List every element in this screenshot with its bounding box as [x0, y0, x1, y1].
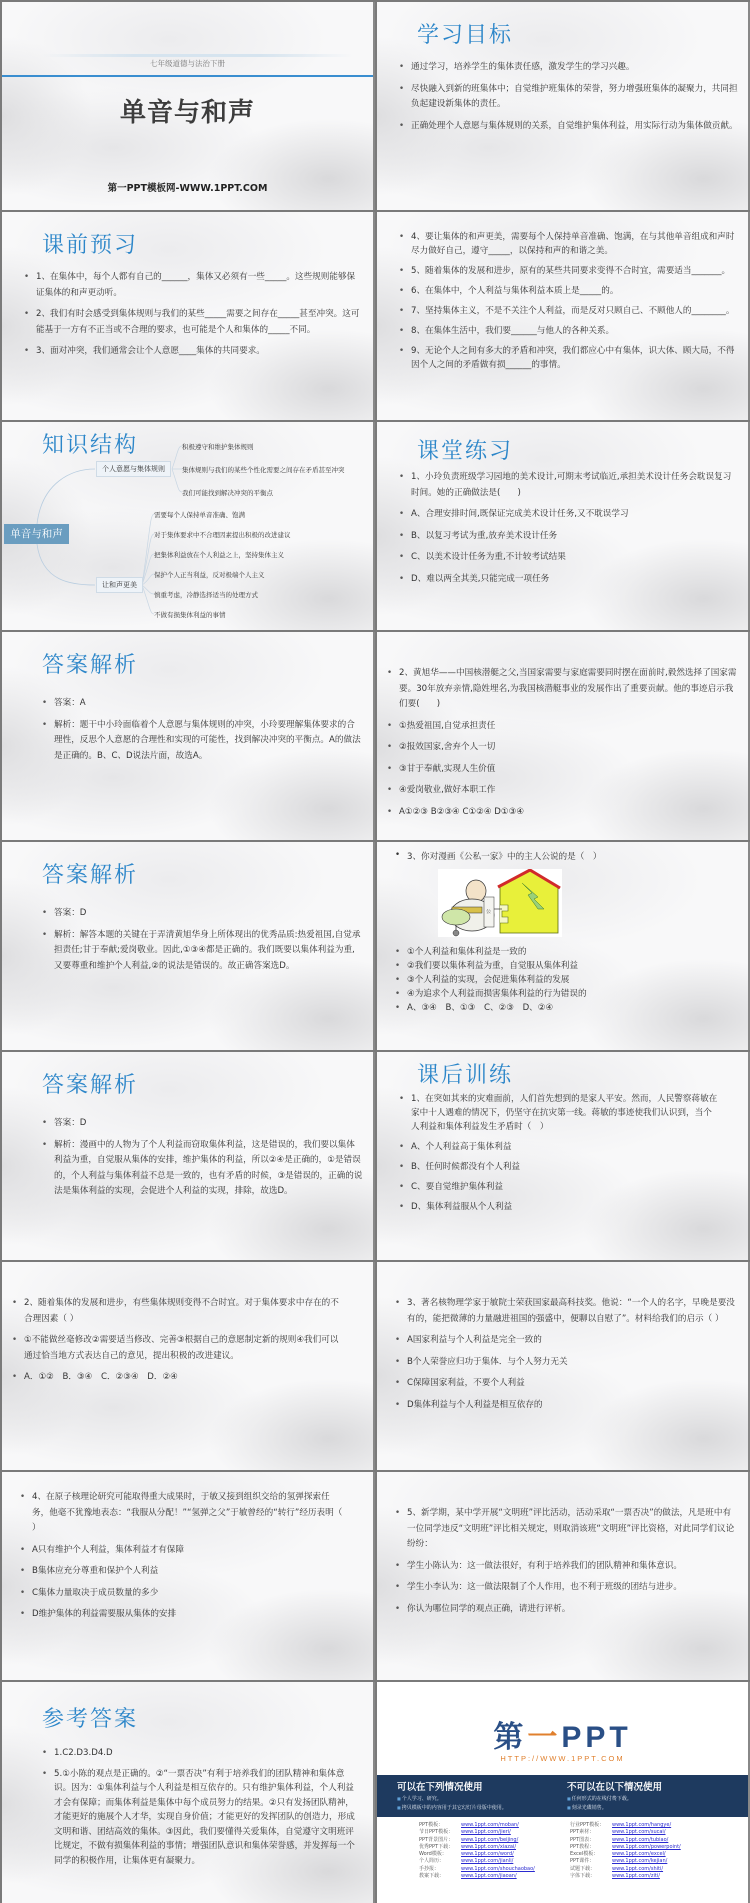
slide-learning-goals[interactable]: 学习目标 通过学习，培养学生的集体责任感，激发学生的学习兴趣。 尽快融入到新的班… [377, 2, 750, 210]
analysis-text: 解析：解答本题的关键在于弄清黄旭华身上所体现出的优秀品质:热爱祖国,自觉承担责任… [42, 928, 363, 975]
slide-answer-analysis-3[interactable]: 答案解析 答案：D 解析：漫画中的人物为了个人利益而窃取集体利益，这是错误的，我… [2, 1052, 375, 1260]
link-tubiao[interactable]: www.1ppt.com/tubiao/ [612, 1837, 668, 1844]
slide-homework-q3[interactable]: 3、著名核物理学家于敏院士荣获国家最高科技奖。他说：“一个人的名字，早晚是要没有… [377, 1262, 750, 1470]
mindmap-leaf: 需要每个人保持单音准确、饱满 [154, 510, 245, 519]
prompt-item: 你认为哪位同学的观点正确，请进行评析。 [395, 1602, 738, 1618]
logo-text: 第 [493, 1721, 527, 1754]
answer-option[interactable]: C保障国家利益，不要个人利益 [395, 1376, 738, 1392]
bullet-list: 1.C2.D3.D4.D 5.①小陈的观点是正确的。②“一票否决”有利于培养我们… [42, 1746, 359, 1874]
slide-question-3-cartoon[interactable]: •3、你对漫画《公私一家》中的主人公说的是（ ） 公 ①个人利益和集体利益是一致… [377, 842, 750, 1050]
slide-homework-q4[interactable]: 4、在原子核理论研究可能取得重大成果时，于敏又接到组织交给的氢弹探索任务，他毫不… [2, 1472, 375, 1680]
statement-option: ①个人利益和集体利益是一致的 [395, 945, 738, 959]
statement-item: 学生小李认为：这一做法限制了个人作用，也不利于班级的团结与进步。 [395, 1580, 738, 1596]
bullet-list: 4、要让集体的和声更美，需要每个人保持单音准确、饱满，在与其他单音组成和声时尽力… [399, 230, 738, 378]
link-label: 试题下载： [570, 1866, 612, 1873]
link-shiti[interactable]: www.1ppt.com/shiti/ [612, 1866, 663, 1873]
can-use-item: 个人学习、研究。 [397, 1795, 507, 1802]
link-jieri[interactable]: www.1ppt.com/jieri/ [461, 1829, 511, 1836]
statement-option: ①不能做丝毫修改②需要适当修改、完善③根据自己的意愿制定新的规则④我们可以通过恰… [12, 1333, 343, 1364]
answer-option[interactable]: B个人荣誉应归功于集体．与个人努力无关 [395, 1355, 738, 1371]
mindmap-leaf: 慎重考虑，冷静选择适当的处理方式 [154, 590, 258, 599]
slide-title: 课后训练 [417, 1058, 513, 1089]
bullet-list: 答案：D 解析：漫画中的人物为了个人利益而窃取集体利益，这是错误的，我们要以集体… [42, 1116, 363, 1206]
statement-option: ①热爱祖国,自觉承担责任 [387, 719, 738, 735]
link-beijing[interactable]: www.1ppt.com/beijing/ [461, 1837, 518, 1844]
slide-title: 答案解析 [42, 648, 138, 679]
bullet-item: 通过学习，培养学生的集体责任感，激发学生的学习兴趣。 [399, 60, 738, 76]
answer-option[interactable]: A国家利益与个人利益是完全一致的 [395, 1333, 738, 1349]
analysis-text: 解析：题干中小玲面临着个人意愿与集体规则的冲突，小玲要理解集体要求的合理性，反思… [42, 718, 363, 765]
answer-key: 1.C2.D3.D4.D [42, 1746, 359, 1761]
mindmap-branch: 个人意愿与集体规则 [96, 461, 171, 477]
bullet-list: 1、在集体中，每个人都有自己的______，集体又必须有一些_____。这些规则… [24, 270, 363, 366]
bullet-list: 通过学习，培养学生的集体责任感，激发学生的学习兴趣。 尽快融入到新的班集体中；自… [399, 60, 738, 140]
statement-option: ④为追求个人利益而损害集体利益的行为错误的 [395, 987, 738, 1001]
links-right: 行业PPT模板：www.1ppt.com/hangye/ PPT素材：www.1… [570, 1822, 681, 1880]
answer-choices[interactable]: A、③④ B、①③ C、②③ D、②④ [395, 1001, 738, 1015]
1ppt-logo: 第一PPT [377, 1712, 748, 1756]
bullet-list: 5、新学期，某中学开展“文明班”评比活动，活动采取“一票否决”的做法，凡是班中有… [395, 1506, 738, 1623]
mindmap-root: 单音与和声 [4, 524, 69, 544]
site-url[interactable]: HTTP://WWW.1PPT.COM [377, 1754, 748, 1763]
cannot-use-title: 不可以在以下情况使用 [567, 1779, 662, 1793]
answer-option[interactable]: D维护集体的利益需要服从集体的安排 [20, 1607, 343, 1623]
link-powerpoint[interactable]: www.1ppt.com/powerpoint/ [612, 1844, 681, 1851]
answer-choices[interactable]: A①②③ B②③④ C①②④ D①③④ [387, 805, 738, 821]
statement-item: 学生小陈认为：这一做法很好，有利于培养我们的团队精神和集体意识。 [395, 1559, 738, 1575]
slide-answer-analysis-1[interactable]: 答案解析 答案：A 解析：题干中小玲面临着个人意愿与集体规则的冲突，小玲要理解集… [2, 632, 375, 840]
statement-option: ②报效国家,舍弃个人一切 [387, 740, 738, 756]
bullet-item: 5、随着集体的发展和进步，原有的某些共同要求变得不合时宜，需要适当_______… [399, 264, 738, 278]
bullet-list: 答案：A 解析：题干中小玲面临着个人意愿与集体规则的冲突，小玲要理解集体要求的合… [42, 696, 363, 770]
statement-option: ②我们要以集体利益为重，自觉服从集体利益 [395, 959, 738, 973]
bullet-list: 2、黄旭华——中国核潜艇之父,当国家需要与家庭需要同时摆在面前时,毅然选择了国家… [387, 666, 738, 826]
question-text: 2、随着集体的发展和进步，有些集体规则变得不合时宜。对于集体要求中存在的不合理因… [12, 1296, 343, 1327]
cover-subtitle: 七年级道德与法治下册 [2, 58, 373, 69]
answer-option[interactable]: B集体应充分尊重和保护个人利益 [20, 1564, 343, 1580]
slide-question-2[interactable]: 2、黄旭华——中国核潜艇之父,当国家需要与家庭需要同时摆在面前时,毅然选择了国家… [377, 632, 750, 840]
bullet-list: 2、随着集体的发展和进步，有些集体规则变得不合时宜。对于集体要求中存在的不合理因… [12, 1296, 343, 1392]
link-label: 节日PPT模板： [419, 1829, 461, 1836]
question-text: •3、你对漫画《公私一家》中的主人公说的是（ ） [395, 850, 602, 862]
answer-option[interactable]: A、合理安排时间,既保证完成美术设计任务,又不耽误学习 [399, 507, 738, 523]
question-text: 1、小玲负责班级学习园地的美术设计,可期末考试临近,承担美术设计任务会耽误复习时… [399, 470, 738, 501]
link-ziti[interactable]: www.1ppt.com/ziti/ [612, 1873, 660, 1880]
link-label: 手抄报： [419, 1866, 461, 1873]
cover-divider [2, 75, 373, 77]
can-use-section: 可以在下列情况使用 个人学习、研究。 拷贝模板中的内容用于其它幻灯片母版中使用。 [397, 1779, 507, 1811]
question-text: 3、著名核物理学家于敏院士荣获国家最高科技奖。他说：“一个人的名字，早晚是要没有… [395, 1296, 738, 1327]
link-word[interactable]: www.1ppt.com/word/ [461, 1851, 514, 1858]
link-label: 个人简历： [419, 1858, 461, 1865]
slide-knowledge-structure[interactable]: 知识结构 单音与和声 个人意愿与集体规则 让和声更美 积极遵守和维护集体规则 集… [2, 422, 375, 630]
bullet-item: 尽快融入到新的班集体中；自觉维护班集体的荣誉，努力增强班集体的凝聚力，共同担负起… [399, 82, 738, 113]
slide-class-exercise[interactable]: 课堂练习 1、小玲负责班级学习园地的美术设计,可期末考试临近,承担美术设计任务会… [377, 422, 750, 630]
slide-answer-analysis-2[interactable]: 答案解析 答案：D 解析：解答本题的关键在于弄清黄旭华身上所体现出的优秀品质:热… [2, 842, 375, 1050]
answer-option[interactable]: B、以复习考试为重,放弃美术设计任务 [399, 529, 738, 545]
can-use-item: 拷贝模板中的内容用于其它幻灯片母版中使用。 [397, 1804, 507, 1811]
bullet-list: 1、在突如其来的灾难面前，人们首先想到的是家人平安。然而，人民警察蒋敏在家中十人… [399, 1092, 718, 1220]
link-jiaoan[interactable]: www.1ppt.com/jiaoan/ [461, 1873, 517, 1880]
cannot-use-item: 刻录光碟销售。 [567, 1804, 662, 1811]
logo-dash: 一 [527, 1721, 561, 1754]
bullet-item: 8、在集体生活中，我们要______与他人的各种关系。 [399, 324, 738, 338]
bullet-list: 答案：D 解析：解答本题的关键在于弄清黄旭华身上所体现出的优秀品质:热爱祖国,自… [42, 906, 363, 980]
cannot-use-section: 不可以在以下情况使用 任何形式的在线付费下载。 刻录光碟销售。 [567, 1779, 662, 1811]
link-hangye[interactable]: www.1ppt.com/hangye/ [612, 1822, 671, 1829]
usage-terms-band: 可以在下列情况使用 个人学习、研究。 拷贝模板中的内容用于其它幻灯片母版中使用。… [377, 1775, 748, 1817]
slide-1ppt-credits[interactable]: 第一PPT HTTP://WWW.1PPT.COM 可以在下列情况使用 个人学习… [377, 1682, 750, 1903]
link-label: 字体下载： [570, 1873, 612, 1880]
cover-title: 单音与和声 [2, 92, 373, 129]
question-text: 5、新学期，某中学开展“文明班”评比活动，活动采取“一票否决”的做法，凡是班中有… [395, 1506, 738, 1553]
logo-text: PPT [561, 1721, 631, 1754]
cartoon-label: 公 [486, 909, 491, 915]
bullet-list: 1、小玲负责班级学习园地的美术设计,可期末考试临近,承担美术设计任务会耽误复习时… [399, 470, 738, 593]
mindmap-leaf: 对于集体要求中不合理因素提出积极的改进建议 [154, 530, 291, 539]
slide-preview-continued[interactable]: 4、要让集体的和声更美，需要每个人保持单音准确、饱满，在与其他单音组成和声时尽力… [377, 212, 750, 420]
answer-option[interactable]: D、难以两全其美,只能完成一项任务 [399, 572, 738, 588]
statement-option: ③个人利益的实现，会促进集体利益的发展 [395, 973, 738, 987]
slide-title: 课前预习 [42, 228, 138, 259]
slide-title: 答案解析 [42, 1068, 138, 1099]
question-text: 2、黄旭华——中国核潜艇之父,当国家需要与家庭需要同时摆在面前时,毅然选择了国家… [387, 666, 738, 713]
slide-homework-q5[interactable]: 5、新学期，某中学开展“文明班”评比活动，活动采取“一票否决”的做法，凡是班中有… [377, 1472, 750, 1680]
answer-text: 答案：D [42, 906, 363, 922]
links-left: PPT模板：www.1ppt.com/moban/ 节日PPT模板：www.1p… [419, 1822, 535, 1880]
slide-preview[interactable]: 课前预习 1、在集体中，每个人都有自己的______，集体又必须有一些_____… [2, 212, 375, 420]
link-label: PPT图表： [570, 1837, 612, 1844]
answer-option[interactable]: D、集体利益服从个人利益 [399, 1200, 718, 1214]
bullet-item: 6、在集体中，个人利益与集体利益本质上是_____的。 [399, 284, 738, 298]
mindmap-leaf: 不做有损集体利益的事情 [154, 610, 226, 619]
answer-option[interactable]: C、要自觉维护集体利益 [399, 1180, 718, 1194]
link-shouchaobao[interactable]: www.1ppt.com/shouchaobao/ [461, 1866, 535, 1873]
slide-title: 学习目标 [417, 18, 513, 49]
slide-title: 参考答案 [42, 1702, 138, 1733]
slide-homework-q2[interactable]: 2、随着集体的发展和进步，有些集体规则变得不合时宜。对于集体要求中存在的不合理因… [2, 1262, 375, 1470]
link-sucai[interactable]: www.1ppt.com/sucai/ [612, 1829, 666, 1836]
cannot-use-item: 任何形式的在线付费下载。 [567, 1795, 662, 1802]
bullet-item: 3、面对冲突，我们通常会让个人意愿____集体的共同要求。 [24, 344, 363, 360]
mindmap-leaf: 把集体利益放在个人利益之上，坚持集体主义 [154, 550, 284, 559]
link-excel[interactable]: www.1ppt.com/excel/ [612, 1851, 666, 1858]
bullet-list: 4、在原子核理论研究可能取得重大成果时，于敏又接到组织交给的氢弹探索任务，他毫不… [20, 1490, 343, 1629]
question-text: 1、在突如其来的灾难面前，人们首先想到的是家人平安。然而，人民警察蒋敏在家中十人… [399, 1092, 718, 1134]
answer-option[interactable]: C集体力量取决于成员数量的多少 [20, 1586, 343, 1602]
mindmap-leaf: 保护个人正当利益，反对极端个人主义 [154, 570, 265, 579]
bullet-item: 1、在集体中，每个人都有自己的______，集体又必须有一些_____。这些规则… [24, 270, 363, 301]
can-use-title: 可以在下列情况使用 [397, 1779, 507, 1793]
slide-title: 答案解析 [42, 858, 138, 889]
mindmap-leaf: 我们可能找到解决冲突的平衡点 [182, 488, 273, 497]
slide-homework[interactable]: 课后训练 1、在突如其来的灾难面前，人们首先想到的是家人平安。然而，人民警察蒋敏… [377, 1052, 750, 1260]
answer-text: 答案：D [42, 1116, 363, 1132]
cover-footer: 第一PPT模板网-WWW.1PPT.COM [2, 180, 373, 194]
cartoon-image: 公 [438, 869, 562, 937]
bullet-list: ①个人利益和集体利益是一致的 ②我们要以集体利益为重，自觉服从集体利益 ③个人利… [395, 945, 738, 1015]
bullet-item: 4、要让集体的和声更美，需要每个人保持单音准确、饱满，在与其他单音组成和声时尽力… [399, 230, 738, 258]
slide-reference-answers[interactable]: 参考答案 1.C2.D3.D4.D 5.①小陈的观点是正确的。②“一票否决”有利… [2, 1682, 375, 1903]
answer-text: 答案：A [42, 696, 363, 712]
answer-option[interactable]: D集体利益与个人利益是相互依存的 [395, 1398, 738, 1414]
bullet-list: 3、著名核物理学家于敏院士荣获国家最高科技奖。他说：“一个人的名字，早晚是要没有… [395, 1296, 738, 1419]
bullet-item: 7、坚持集体主义，不是不关注个人利益，而是反对只顾自己、不顾他人的_______… [399, 304, 738, 318]
link-label: PPT背景图片： [419, 1837, 461, 1844]
statement-option: ④爱岗敬业,做好本职工作 [387, 783, 738, 799]
question-text: 4、在原子核理论研究可能取得重大成果时，于敏又接到组织交给的氢弹探索任务，他毫不… [20, 1490, 343, 1537]
answer-option[interactable]: B、任何时候都没有个人利益 [399, 1160, 718, 1174]
slide-grid: 七年级道德与法治下册 单音与和声 第一PPT模板网-WWW.1PPT.COM 学… [0, 0, 750, 1903]
link-jianli[interactable]: www.1ppt.com/jianli/ [461, 1858, 513, 1865]
question-label: 3、你对漫画《公私一家》中的主人公说的是（ ） [407, 852, 602, 862]
mindmap-branch: 让和声更美 [96, 577, 143, 593]
answer-explanation: 5.①小陈的观点是正确的。②“一票否决”有利于培养我们的团队精神和集体意识。因为… [42, 1767, 359, 1869]
link-label: 教案下载： [419, 1873, 461, 1880]
bullet-item: 正确处理个人意愿与集体规则的关系，自觉维护集体利益，用实际行动为集体做贡献。 [399, 119, 738, 135]
answer-option[interactable]: C、以美术设计任务为重,不计较考试结果 [399, 550, 738, 566]
slide-cover[interactable]: 七年级道德与法治下册 单音与和声 第一PPT模板网-WWW.1PPT.COM [2, 2, 375, 210]
mindmap-leaf: 积极遵守和维护集体规则 [182, 442, 254, 451]
analysis-text: 解析：漫画中的人物为了个人利益而窃取集体利益，这是错误的，我们要以集体利益为重，… [42, 1138, 363, 1200]
link-moban[interactable]: www.1ppt.com/moban/ [461, 1822, 519, 1829]
link-xiazai[interactable]: www.1ppt.com/xiazai/ [461, 1844, 516, 1851]
answer-choices[interactable]: A．①② B．③④ C．②③④ D．②④ [12, 1370, 343, 1386]
link-label: PPT素材： [570, 1829, 612, 1836]
link-label: PPT课件： [570, 1858, 612, 1865]
answer-option[interactable]: A、个人利益高于集体利益 [399, 1140, 718, 1154]
statement-option: ③甘于奉献,实现人生价值 [387, 762, 738, 778]
mindmap-leaf: 集体规则与我们的某些个性化需要之间存在矛盾甚至冲突 [182, 465, 345, 474]
bullet-item: 9、无论个人之间有多大的矛盾和冲突，我们都应心中有集体，识大体、顾大局，不得因个… [399, 344, 738, 372]
slide-title: 课堂练习 [417, 434, 513, 465]
link-kejian[interactable]: www.1ppt.com/kejian/ [612, 1858, 667, 1865]
decorative-line [42, 54, 353, 57]
bullet-item: 2、我们有时会感受到集体规则与我们的某些_____需要之间存在_____甚至冲突… [24, 307, 363, 338]
answer-option[interactable]: A只有维护个人利益，集体利益才有保障 [20, 1543, 343, 1559]
